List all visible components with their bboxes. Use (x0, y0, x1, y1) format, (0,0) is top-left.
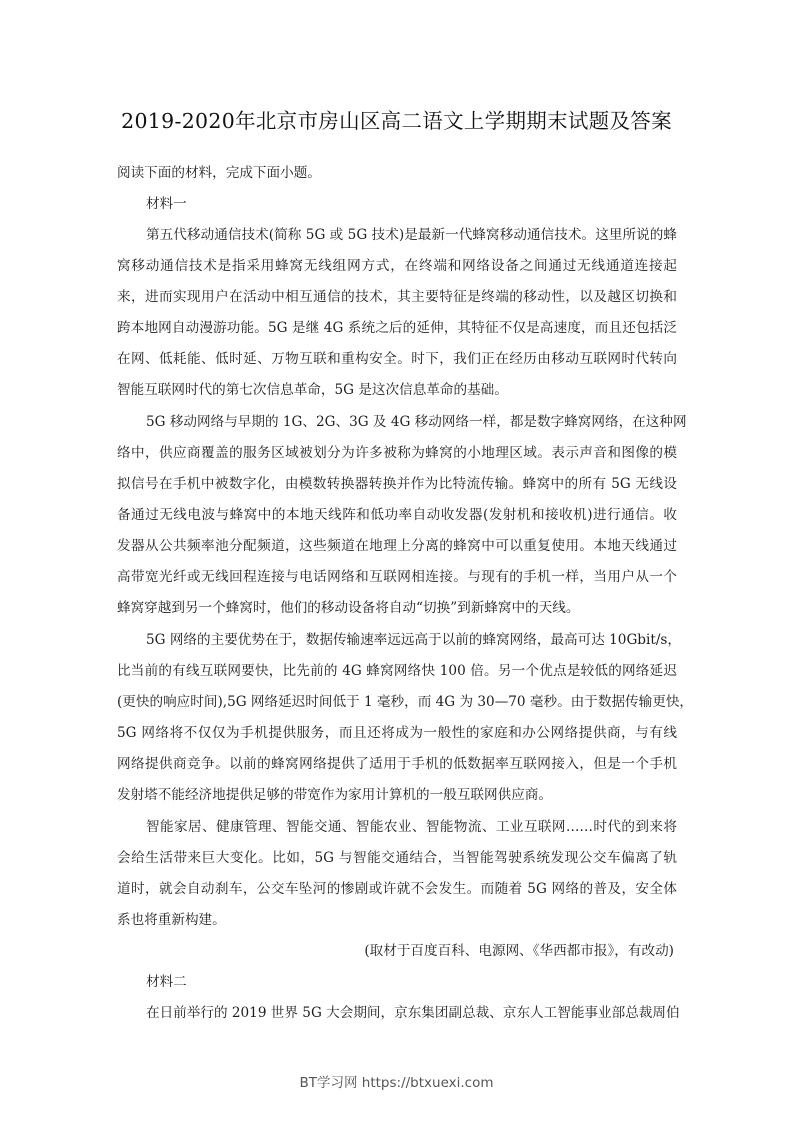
paragraph-line: 5G 移动网络与早期的 1G、2G、3G 及 4G 移动网络一样，都是数字蜂窝网… (146, 413, 677, 431)
document-title: 2019-2020年北京市房山区高二语文上学期期末试题及答案 (0, 104, 793, 134)
paragraph-line: 会给生活带来巨大变化。比如，5G 与智能交通结合，当智能驾驶系统发现公交车偏离了… (117, 849, 677, 867)
paragraph-line: 络中，供应商覆盖的服务区域被划分为许多被称为蜂窝的小地理区域。表示声音和图像的模 (117, 444, 677, 462)
paragraph-line: 拟信号在手机中被数字化，由模数转换器转换并作为比特流传输。蜂窝中的所有 5G 无… (117, 475, 677, 493)
paragraph-line: 高带宽光纤或无线回程连接与电话网络和互联网相连接。与现有的手机一样，当用户从一个 (117, 568, 677, 586)
paragraph-line: 蜂窝穿越到另一个蜂窝时，他们的移动设备将自动“切换”到新蜂窝中的天线。 (117, 599, 677, 617)
footer-watermark: BT学习网 https://btxuexi.com (0, 1071, 793, 1091)
paragraph-line: 比当前的有线互联网要快，比先前的 4G 蜂窝网络快 100 倍。另一个优点是较低… (117, 662, 677, 680)
paragraph-line: 道时，就会自动刹车，公交车坠河的惨剧或许就不会发生。而随着 5G 网络的普及，安… (117, 880, 677, 898)
material-2-label: 材料二 (146, 973, 706, 991)
paragraph-line: 5G 网络的主要优势在于，数据传输速率远远高于以前的蜂窝网络，最高可达 10Gb… (146, 631, 677, 649)
material-1-label: 材料一 (146, 195, 706, 213)
paragraph-line: 在日前举行的 2019 世界 5G 大会期间，京东集团副总裁、京东人工智能事业部… (146, 1004, 677, 1022)
paragraph-line: 第五代移动通信技术(简称 5G 或 5G 技术)是最新一代蜂窝移动通信技术。这里… (146, 226, 677, 244)
paragraph-line: 系也将重新构建。 (117, 911, 677, 929)
paragraph-line: 来，进而实现用户在活动中相互通信的技术，其主要特征是终端的移动性，以及越区切换和 (117, 288, 677, 306)
paragraph-line: 发器从公共频率池分配频道，这些频道在地理上分离的蜂窝中可以重复使用。本地天线通过 (117, 537, 677, 555)
paragraph-line: (更快的响应时间),5G 网络延迟时间低于 1 毫秒，而 4G 为 30—70 … (117, 693, 677, 711)
intro-instruction: 阅读下面的材料，完成下面小题。 (117, 164, 677, 182)
paragraph-line: 网络提供商竞争。以前的蜂窝网络提供了适用于手机的低数据率互联网接入，但是一个手机 (117, 755, 677, 773)
source-citation: (取材于百度百科、电源网、《华西都市报》，有改动) (117, 942, 674, 960)
paragraph-line: 智能家居、健康管理、智能交通、智能农业、智能物流、工业互联网……时代的到来将 (146, 818, 677, 836)
paragraph-line: 窝移动通信技术是指采用蜂窝无线组网方式，在终端和网络设备之间通过无线通道连接起 (117, 257, 677, 275)
paragraph-line: 智能互联网时代的第七次信息革命，5G 是这次信息革命的基础。 (117, 381, 677, 399)
paragraph-line: 跨本地网自动漫游功能。5G 是继 4G 系统之后的延伸，其特征不仅是高速度，而且… (117, 319, 677, 337)
paragraph-line: 在网、低耗能、低时延、万物互联和重构安全。时下，我们正在经历由移动互联网时代转向 (117, 350, 677, 368)
paragraph-line: 发射塔不能经济地提供足够的带宽作为家用计算机的一般互联网供应商。 (117, 786, 677, 804)
document-page: 2019-2020年北京市房山区高二语文上学期期末试题及答案 阅读下面的材料，完… (0, 0, 793, 1122)
paragraph-line: 备通过无线电波与蜂窝中的本地天线阵和低功率自动收发器(发射机和接收机)进行通信。… (117, 506, 677, 524)
paragraph-line: 5G 网络将不仅仅为手机提供服务，而且还将成为一般性的家庭和办公网络提供商，与有… (117, 724, 677, 742)
